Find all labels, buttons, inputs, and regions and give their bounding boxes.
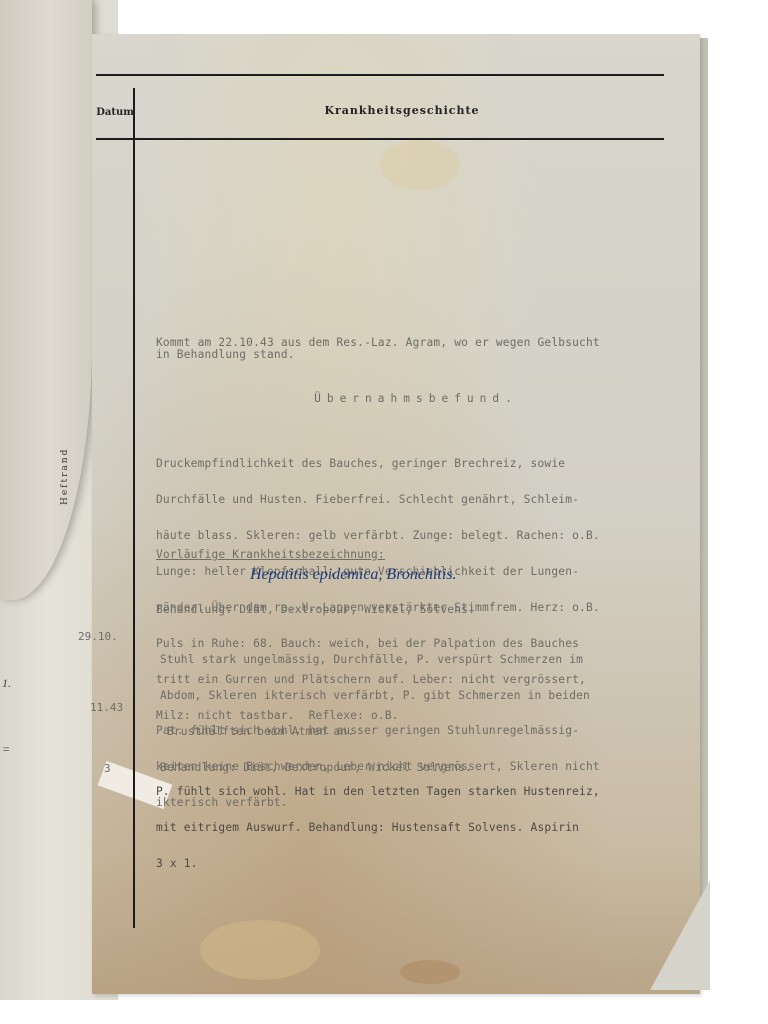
date-column-rule <box>133 88 135 928</box>
binding-margin-label: Heftrand <box>60 448 70 505</box>
stain <box>200 920 320 980</box>
entry-date: 11.43 <box>90 701 123 714</box>
section-heading: Übernahmsbefund. <box>156 393 676 405</box>
date-column-header: Datum <box>96 107 134 118</box>
entry-date: 3 <box>104 762 111 775</box>
entry-text: P. fühlt sich wohl. Hat in den letzten T… <box>156 762 600 882</box>
stain <box>380 140 460 190</box>
sheet-back-edge <box>700 38 708 978</box>
underlying-page-mark: 1. <box>2 676 11 691</box>
initial-treatment: Behandlung: Diät, Dextropour, Wickel, So… <box>156 604 475 616</box>
header-bottom-rule <box>96 138 664 140</box>
form-title: Krankheitsgeschichte <box>140 104 664 117</box>
entry-date: 29.10. <box>78 630 118 643</box>
handwritten-diagnosis: Hepatitis epidemica, Bronchitis. <box>250 566 456 584</box>
header-top-rule <box>96 74 664 76</box>
stain <box>400 960 460 984</box>
underlying-page-mark: = <box>2 742 10 757</box>
diagnosis-label: Vorläufige Krankheitsbezeichnung: <box>156 549 385 561</box>
intro-text: Kommt am 22.10.43 aus dem Res.-Laz. Agra… <box>156 337 600 361</box>
